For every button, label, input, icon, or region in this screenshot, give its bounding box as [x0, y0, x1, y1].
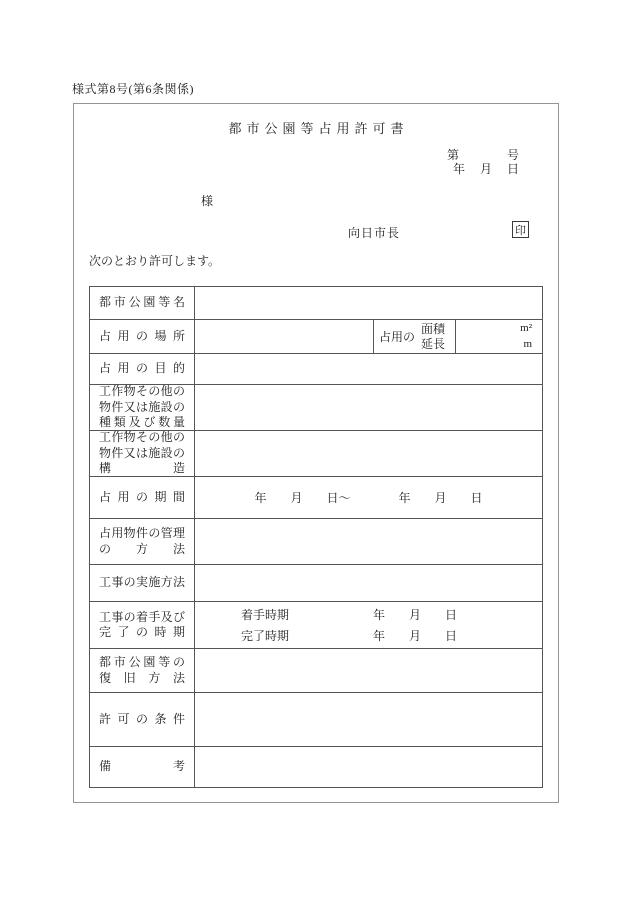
intro-text: 次のとおり許可します。	[89, 252, 220, 269]
row-label-line: 構造	[99, 461, 185, 477]
row-label-line: 物件又は施設の	[99, 446, 185, 462]
remarks-value-cell	[195, 747, 542, 787]
row-label-line: 占用物件の管理	[99, 526, 185, 542]
construction-method-value-cell	[195, 565, 542, 601]
table-row-construction-schedule: 工事の着手及び 完了の時期 着手時期 年 月 日 完了時期 年 月 日	[90, 602, 542, 649]
row-label-line: 許可の条件	[99, 712, 185, 728]
row-label: 占用の目的	[90, 354, 195, 384]
table-row-park-name: 都市公園等名	[90, 287, 542, 320]
park-name-value-cell	[195, 287, 542, 319]
row-label: 占用の期間	[90, 477, 195, 518]
row-label-line: 備考	[99, 759, 185, 775]
table-row-remarks: 備考	[90, 747, 542, 787]
row-label: 工事の実施方法	[90, 565, 195, 601]
row-label-line: 都市公園等名	[99, 295, 185, 311]
occupation-measure-items: 面積 延長	[421, 322, 445, 352]
table-row-construction-method: 工事の実施方法	[90, 565, 542, 602]
row-label-line: 占用の目的	[99, 361, 185, 377]
structure-construction-value-cell	[195, 431, 542, 476]
row-label: 都市公園等名	[90, 287, 195, 319]
table-row-permit-conditions: 許可の条件	[90, 693, 542, 747]
row-label-line: 工作物その他の	[99, 384, 185, 400]
table-row-restoration-method: 都市公園等の 復旧方法	[90, 649, 542, 693]
row-label-line: 都市公園等の	[99, 655, 185, 671]
row-label: 工作物その他の 物件又は施設の 構造	[90, 431, 195, 476]
occupation-measure-cell: 占用の 面積 延長	[373, 320, 455, 353]
occupation-measure-units: m² m	[455, 320, 542, 353]
table-row-occupation-purpose: 占用の目的	[90, 354, 542, 385]
start-date-line: 着手時期 年 月 日	[241, 606, 542, 623]
table-row-structure-type-quantity: 工作物その他の 物件又は施設の 種類及び数量	[90, 385, 542, 431]
permit-conditions-value-cell	[195, 693, 542, 746]
permit-form-border: 都市公園等占用許可書 第 号 年 月 日 様 向日市長 印 次のとおり許可します…	[73, 103, 559, 803]
length-label: 延長	[421, 337, 445, 352]
table-row-occupation-period: 占用の期間 年 月 日～ 年 月 日	[90, 477, 542, 519]
row-label-line: 種類及び数量	[99, 415, 185, 431]
row-label: 許可の条件	[90, 693, 195, 746]
row-label: 工作物その他の 物件又は施設の 種類及び数量	[90, 385, 195, 430]
row-label-line: 物件又は施設の	[99, 400, 185, 416]
row-label-line: 工事の着手及び	[99, 610, 185, 626]
occupation-purpose-value-cell	[195, 354, 542, 384]
document-meta: 第 号 年 月 日	[447, 148, 519, 176]
occupation-place-value-cell	[195, 320, 373, 353]
seal-mark: 印	[512, 221, 529, 238]
structure-type-quantity-value-cell	[195, 385, 542, 430]
row-label-line: 工事の実施方法	[99, 575, 185, 591]
document-title: 都市公園等占用許可書	[74, 118, 558, 137]
addressee-suffix: 様	[201, 192, 213, 209]
row-label: 占用物件の管理 の方法	[90, 519, 195, 564]
table-row-occupation-place: 占用の場所 占用の 面積 延長 m² m	[90, 320, 542, 354]
area-label: 面積	[421, 322, 445, 337]
table-row-structure-construction: 工作物その他の 物件又は施設の 構造	[90, 431, 542, 477]
document-date-line: 年 月 日	[447, 162, 519, 176]
occupation-period-value-cell: 年 月 日～ 年 月 日	[195, 477, 542, 518]
row-label-line: 占用の場所	[99, 329, 185, 345]
document-page: 様式第8号(第6条関係) 都市公園等占用許可書 第 号 年 月 日 様 向日市長…	[0, 0, 630, 915]
construction-schedule-value-cell: 着手時期 年 月 日 完了時期 年 月 日	[195, 602, 542, 648]
row-label-line: 工作物その他の	[99, 430, 185, 446]
row-label: 工事の着手及び 完了の時期	[90, 602, 195, 648]
length-unit: m	[523, 338, 532, 351]
row-label-line: の方法	[99, 542, 185, 558]
form-number: 様式第8号(第6条関係)	[72, 80, 194, 97]
document-number-line: 第 号	[447, 148, 519, 162]
row-label: 占用の場所	[90, 320, 195, 353]
area-unit: m²	[520, 322, 532, 335]
restoration-method-value-cell	[195, 649, 542, 692]
row-label: 都市公園等の 復旧方法	[90, 649, 195, 692]
permit-table: 都市公園等名 占用の場所 占用の 面積 延長 m²	[89, 286, 543, 788]
row-label: 備考	[90, 747, 195, 787]
occupation-measure-prefix: 占用の	[379, 328, 415, 345]
row-label-line: 占用の期間	[99, 490, 185, 506]
seal-character: 印	[515, 222, 526, 238]
management-method-value-cell	[195, 519, 542, 564]
row-label-line: 復旧方法	[99, 671, 185, 687]
row-label-line: 完了の時期	[99, 625, 185, 641]
completion-date-line: 完了時期 年 月 日	[241, 627, 542, 644]
table-row-management-method: 占用物件の管理 の方法	[90, 519, 542, 565]
issuer-title: 向日市長	[348, 224, 400, 241]
